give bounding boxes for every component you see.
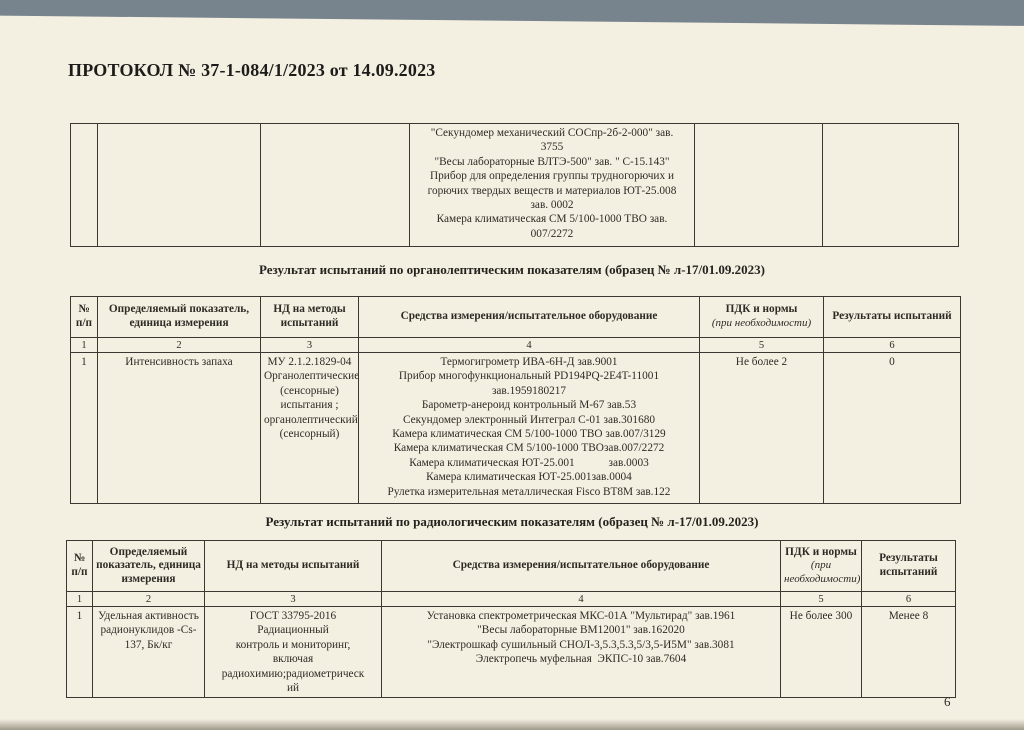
colnum-1: 1 — [67, 592, 93, 607]
colnum-5: 5 — [700, 338, 824, 353]
colnum-2: 2 — [98, 338, 261, 353]
column-numbers-row: 1 2 3 4 5 6 — [67, 592, 956, 607]
colnum-3: 3 — [261, 338, 359, 353]
table-row: "Секундомер механический СОСпр-2б-2-000"… — [71, 124, 959, 247]
section-heading-radiological: Результат испытаний по радиологическим п… — [0, 514, 1024, 530]
cell-norm: Не более 300 — [781, 607, 862, 698]
header-norm-main: ПДК и нормы — [726, 303, 798, 315]
cont-cell-indicator — [98, 124, 261, 247]
header-num: № п/п — [67, 541, 93, 592]
document-title: ПРОТОКОЛ № 37-1-084/1/2023 от 14.09.2023 — [68, 60, 435, 81]
page-number: 6 — [944, 694, 951, 710]
header-equipment: Средства измерения/испытательное оборудо… — [382, 541, 781, 592]
header-indicator: Определяемый показатель, единица измерен… — [98, 297, 261, 338]
cell-equipment: Установка спектрометрическая МКС-01А "Му… — [382, 607, 781, 698]
section-heading-organoleptic: Результат испытаний по органолептическим… — [0, 262, 1024, 278]
header-norm-main: ПДК и нормы — [785, 546, 857, 558]
cont-cell-norm — [695, 124, 823, 247]
cell-indicator: Удельная активность радионуклидов -Cs- 1… — [93, 607, 205, 698]
table-header-row: № п/п Определяемый показатель, единица и… — [71, 297, 961, 338]
table-row: 1 Удельная активность радионуклидов -Cs-… — [67, 607, 956, 698]
header-norm-sub: (при необходимости) — [784, 559, 860, 585]
cont-cell-num — [71, 124, 98, 247]
header-equipment: Средства измерения/испытательное оборудо… — [359, 297, 700, 338]
colnum-6: 6 — [824, 338, 961, 353]
cell-result: Менее 8 — [862, 607, 956, 698]
table-row: 1 Интенсивность запаха МУ 2.1.2.1829-04 … — [71, 353, 961, 504]
header-num: № п/п — [71, 297, 98, 338]
colnum-5: 5 — [781, 592, 862, 607]
cell-method: ГОСТ 33795-2016 Радиационный контроль и … — [205, 607, 382, 698]
column-numbers-row: 1 2 3 4 5 6 — [71, 338, 961, 353]
cell-norm: Не более 2 — [700, 353, 824, 504]
header-results: Результаты испытаний — [824, 297, 961, 338]
header-indicator: Определяемый показатель, единица измерен… — [93, 541, 205, 592]
cont-cell-result — [823, 124, 959, 247]
radiological-table: № п/п Определяемый показатель, единица и… — [66, 540, 956, 698]
cell-indicator: Интенсивность запаха — [98, 353, 261, 504]
scanned-page: ПРОТОКОЛ № 37-1-084/1/2023 от 14.09.2023… — [0, 0, 1024, 730]
colnum-6: 6 — [862, 592, 956, 607]
header-method: НД на методы испытаний — [205, 541, 382, 592]
cell-result: 0 — [824, 353, 961, 504]
continuation-table: "Секундомер механический СОСпр-2б-2-000"… — [70, 123, 959, 247]
scanner-edge-strip — [0, 0, 1024, 27]
cell-method: МУ 2.1.2.1829-04 Органолептические (сенс… — [261, 353, 359, 504]
colnum-3: 3 — [205, 592, 382, 607]
cell-equipment: Термогигрометр ИВА-6Н-Д зав.9001 Прибор … — [359, 353, 700, 504]
cell-num: 1 — [71, 353, 98, 504]
colnum-1: 1 — [71, 338, 98, 353]
colnum-2: 2 — [93, 592, 205, 607]
header-method: НД на методы испытаний — [261, 297, 359, 338]
table-header-row: № п/п Определяемый показатель, единица и… — [67, 541, 956, 592]
cell-num: 1 — [67, 607, 93, 698]
cont-cell-method — [261, 124, 410, 247]
colnum-4: 4 — [382, 592, 781, 607]
header-norm: ПДК и нормы(при необходимости) — [781, 541, 862, 592]
header-norm-sub: (при необходимости) — [712, 317, 811, 329]
colnum-4: 4 — [359, 338, 700, 353]
scan-bottom-shadow — [0, 719, 1024, 730]
header-results: Результаты испытаний — [862, 541, 956, 592]
organoleptic-table: № п/п Определяемый показатель, единица и… — [70, 296, 961, 504]
cont-cell-equipment: "Секундомер механический СОСпр-2б-2-000"… — [410, 124, 695, 247]
header-norm: ПДК и нормы(при необходимости) — [700, 297, 824, 338]
